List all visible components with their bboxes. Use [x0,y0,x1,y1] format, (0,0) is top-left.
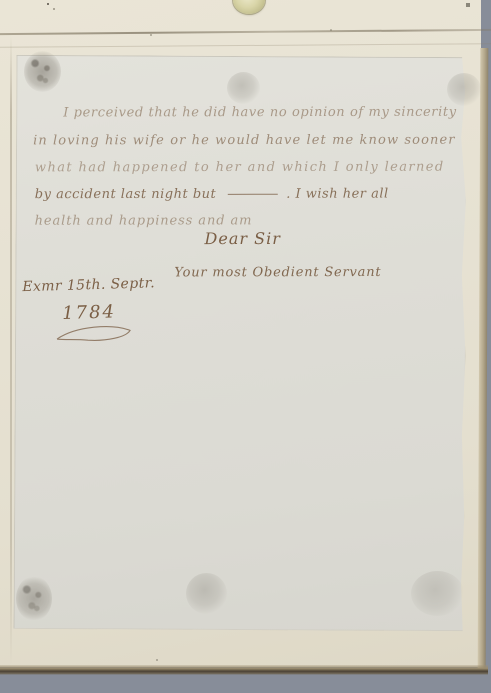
glue-spot-top-right [447,73,481,106]
page-bottom-edge [0,665,488,675]
page-stack-right-edge [478,48,489,672]
handwritten-text-block: I perceived that he did have no opinion … [15,56,467,630]
body-line-4-continuation: . I wish her all [286,187,389,202]
dateline-year: 1784 [62,301,116,324]
glue-spot-top-left [24,51,61,92]
body-line-4-text: by accident last night but [35,187,216,202]
scanned-letter-photograph: I perceived that he did have no opinion … [0,0,491,693]
glue-spot-bottom-left [16,576,52,621]
body-line-2: in loving his wife or he would have let … [33,133,456,149]
dateline-place: Exmr 15th. Septr. [22,275,155,295]
page-gutter-line [10,36,12,666]
body-line-3: what had happened to her and which I onl… [35,160,445,176]
body-line-5: health and happiness and am [35,213,253,228]
glue-spot-bottom-right [411,571,464,616]
letter-sheet: I perceived that he did have no opinion … [14,55,468,631]
body-line-4: by accident last night but. I wish her a… [35,187,389,203]
glue-spot-bottom-center [186,573,227,614]
paper-specks [0,0,2,2]
body-line-1: I perceived that he did have no opinion … [63,105,456,121]
closing-line: Your most Obedient Servant [174,265,381,280]
glue-spot-top-center [227,72,260,104]
blank-dash-stroke [228,194,278,195]
pen-flourish [54,322,136,346]
salutation: Dear Sir [205,229,281,248]
